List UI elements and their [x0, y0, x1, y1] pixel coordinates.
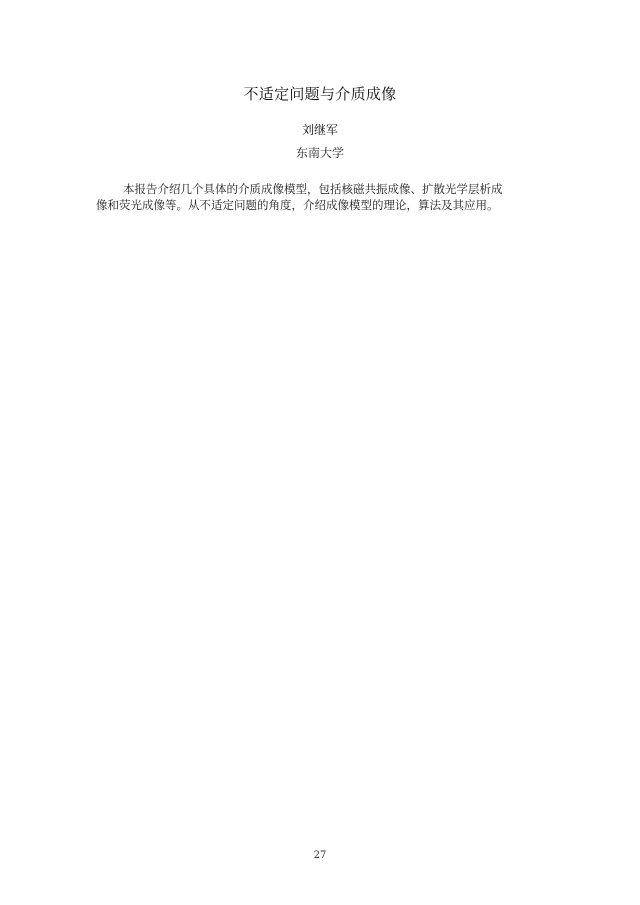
- abstract-line: 本报告介绍几个具体的介质成像模型，包括核磁共振成像、扩散光学层析成: [96, 181, 546, 197]
- author-affiliation: 东南大学: [0, 145, 640, 161]
- author-name: 刘继军: [0, 122, 640, 138]
- page-number: 27: [0, 849, 640, 863]
- abstract-line: 像和荧光成像等。从不适定问题的角度，介绍成像模型的理论，算法及其应用。: [96, 197, 546, 213]
- paper-title: 不适定问题与介质成像: [0, 84, 640, 104]
- abstract-paragraph: 本报告介绍几个具体的介质成像模型，包括核磁共振成像、扩散光学层析成 像和荧光成像…: [96, 181, 546, 213]
- document-page: 不适定问题与介质成像 刘继军 东南大学 本报告介绍几个具体的介质成像模型，包括核…: [0, 0, 640, 905]
